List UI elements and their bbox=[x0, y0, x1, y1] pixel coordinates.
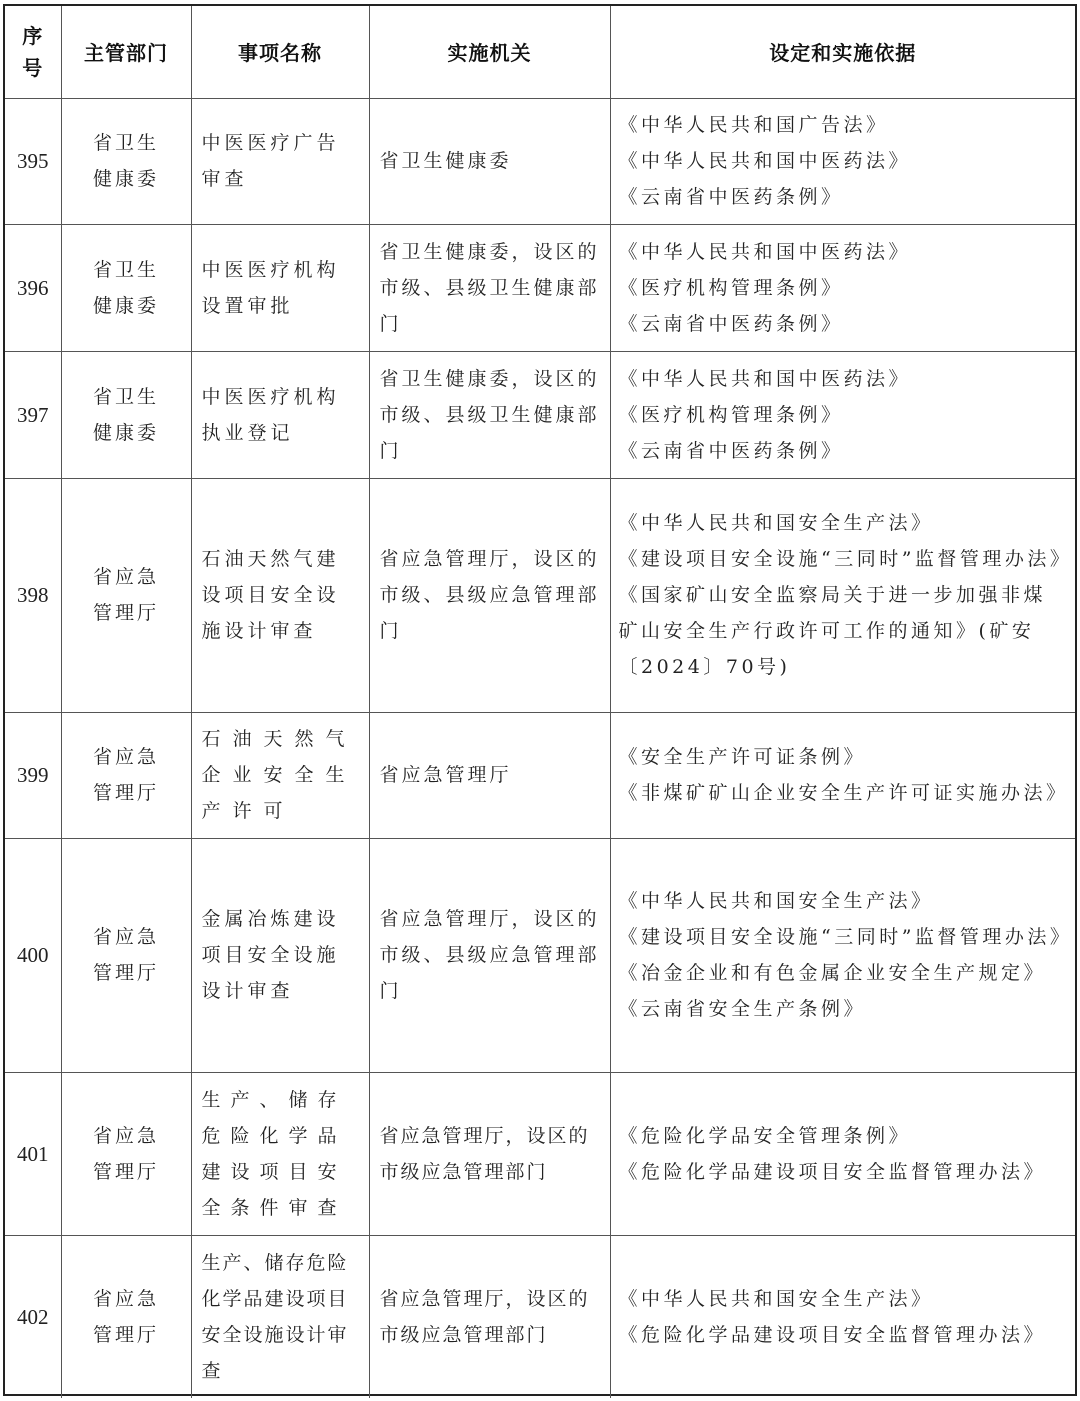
header-row: 序号 主管部门 事项名称 实施机关 设定和实施依据 bbox=[5, 6, 1075, 98]
basis-item: 《云南省安全生产条例》 bbox=[619, 991, 1068, 1027]
cell-seq: 395 bbox=[5, 98, 61, 224]
header-agency: 实施机关 bbox=[369, 6, 610, 98]
basis-item: 《中华人民共和国中医药法》 bbox=[619, 361, 1068, 397]
administrative-items-table: 序号 主管部门 事项名称 实施机关 设定和实施依据 395 省卫生健康委 中医医… bbox=[5, 6, 1075, 1398]
cell-seq: 400 bbox=[5, 838, 61, 1072]
basis-item: 《云南省中医药条例》 bbox=[619, 433, 1068, 469]
cell-agency: 省应急管理厅，设区的市级应急管理部门 bbox=[369, 1235, 610, 1398]
cell-name: 生产、储存危险化学品建设项目安全条件审查 bbox=[191, 1072, 369, 1235]
basis-item: 《医疗机构管理条例》 bbox=[619, 397, 1068, 433]
cell-seq: 396 bbox=[5, 224, 61, 351]
table-row: 401 省应急管理厅 生产、储存危险化学品建设项目安全条件审查 省应急管理厅，设… bbox=[5, 1072, 1075, 1235]
cell-name: 石油天然气企业安全生产许可 bbox=[191, 712, 369, 838]
table-row: 400 省应急管理厅 金属冶炼建设项目安全设施设计审查 省应急管理厅，设区的市级… bbox=[5, 838, 1075, 1072]
table-row: 399 省应急管理厅 石油天然气企业安全生产许可 省应急管理厅 《安全生产许可证… bbox=[5, 712, 1075, 838]
basis-item: 《冶金企业和有色金属企业安全生产规定》 bbox=[619, 955, 1068, 991]
basis-item: 《中华人民共和国安全生产法》 bbox=[619, 1281, 1068, 1317]
basis-item: 《中华人民共和国广告法》 bbox=[619, 107, 1068, 143]
table-row: 397 省卫生健康委 中医医疗机构执业登记 省卫生健康委，设区的市级、县级卫生健… bbox=[5, 351, 1075, 478]
cell-basis: 《安全生产许可证条例》 《非煤矿矿山企业安全生产许可证实施办法》 bbox=[610, 712, 1075, 838]
table-row: 396 省卫生健康委 中医医疗机构设置审批 省卫生健康委，设区的市级、县级卫生健… bbox=[5, 224, 1075, 351]
basis-item: 《安全生产许可证条例》 bbox=[619, 739, 1068, 775]
basis-item: 《中华人民共和国安全生产法》 bbox=[619, 883, 1068, 919]
basis-item: 《建设项目安全设施“三同时”监督管理办法》 bbox=[619, 919, 1068, 955]
cell-dept: 省卫生健康委 bbox=[61, 351, 191, 478]
basis-item: 《医疗机构管理条例》 bbox=[619, 270, 1068, 306]
cell-agency: 省应急管理厅，设区的市级、县级应急管理部门 bbox=[369, 478, 610, 712]
cell-basis: 《中华人民共和国广告法》 《中华人民共和国中医药法》 《云南省中医药条例》 bbox=[610, 98, 1075, 224]
table-row: 398 省应急管理厅 石油天然气建设项目安全设施设计审查 省应急管理厅，设区的市… bbox=[5, 478, 1075, 712]
cell-name: 石油天然气建设项目安全设施设计审查 bbox=[191, 478, 369, 712]
cell-dept: 省卫生健康委 bbox=[61, 98, 191, 224]
cell-dept: 省应急管理厅 bbox=[61, 1235, 191, 1398]
cell-dept: 省应急管理厅 bbox=[61, 478, 191, 712]
cell-basis: 《中华人民共和国中医药法》 《医疗机构管理条例》 《云南省中医药条例》 bbox=[610, 351, 1075, 478]
basis-item: 《云南省中医药条例》 bbox=[619, 179, 1068, 215]
basis-item: 《危险化学品建设项目安全监督管理办法》 bbox=[619, 1317, 1068, 1353]
cell-seq: 399 bbox=[5, 712, 61, 838]
cell-basis: 《中华人民共和国中医药法》 《医疗机构管理条例》 《云南省中医药条例》 bbox=[610, 224, 1075, 351]
cell-basis: 《中华人民共和国安全生产法》 《建设项目安全设施“三同时”监督管理办法》 《冶金… bbox=[610, 838, 1075, 1072]
header-name: 事项名称 bbox=[191, 6, 369, 98]
basis-item: 《建设项目安全设施“三同时”监督管理办法》 bbox=[619, 541, 1068, 577]
cell-seq: 401 bbox=[5, 1072, 61, 1235]
cell-basis: 《危险化学品安全管理条例》 《危险化学品建设项目安全监督管理办法》 bbox=[610, 1072, 1075, 1235]
cell-agency: 省应急管理厅 bbox=[369, 712, 610, 838]
header-seq: 序号 bbox=[5, 6, 61, 98]
basis-item: 《非煤矿矿山企业安全生产许可证实施办法》 bbox=[619, 775, 1068, 811]
basis-item: 《中华人民共和国中医药法》 bbox=[619, 234, 1068, 270]
cell-name: 中医医疗广告审查 bbox=[191, 98, 369, 224]
table-row: 402 省应急管理厅 生产、储存危险化学品建设项目安全设施设计审查 省应急管理厅… bbox=[5, 1235, 1075, 1398]
header-basis: 设定和实施依据 bbox=[610, 6, 1075, 98]
header-dept: 主管部门 bbox=[61, 6, 191, 98]
table-row: 395 省卫生健康委 中医医疗广告审查 省卫生健康委 《中华人民共和国广告法》 … bbox=[5, 98, 1075, 224]
cell-dept: 省应急管理厅 bbox=[61, 712, 191, 838]
cell-seq: 402 bbox=[5, 1235, 61, 1398]
cell-agency: 省卫生健康委 bbox=[369, 98, 610, 224]
cell-agency: 省卫生健康委，设区的市级、县级卫生健康部门 bbox=[369, 224, 610, 351]
cell-name: 金属冶炼建设项目安全设施设计审查 bbox=[191, 838, 369, 1072]
cell-seq: 397 bbox=[5, 351, 61, 478]
cell-name: 生产、储存危险化学品建设项目安全设施设计审查 bbox=[191, 1235, 369, 1398]
administrative-items-table-container: 序号 主管部门 事项名称 实施机关 设定和实施依据 395 省卫生健康委 中医医… bbox=[3, 4, 1077, 1396]
basis-item: 《中华人民共和国中医药法》 bbox=[619, 143, 1068, 179]
cell-dept: 省应急管理厅 bbox=[61, 1072, 191, 1235]
cell-agency: 省卫生健康委，设区的市级、县级卫生健康部门 bbox=[369, 351, 610, 478]
basis-item: 《云南省中医药条例》 bbox=[619, 306, 1068, 342]
basis-item: 《危险化学品安全管理条例》 bbox=[619, 1118, 1068, 1154]
basis-item: 《危险化学品建设项目安全监督管理办法》 bbox=[619, 1154, 1068, 1190]
cell-dept: 省应急管理厅 bbox=[61, 838, 191, 1072]
cell-name: 中医医疗机构设置审批 bbox=[191, 224, 369, 351]
basis-item: 《中华人民共和国安全生产法》 bbox=[619, 505, 1068, 541]
cell-basis: 《中华人民共和国安全生产法》 《建设项目安全设施“三同时”监督管理办法》 《国家… bbox=[610, 478, 1075, 712]
cell-seq: 398 bbox=[5, 478, 61, 712]
cell-basis: 《中华人民共和国安全生产法》 《危险化学品建设项目安全监督管理办法》 bbox=[610, 1235, 1075, 1398]
cell-name: 中医医疗机构执业登记 bbox=[191, 351, 369, 478]
cell-agency: 省应急管理厅，设区的市级应急管理部门 bbox=[369, 1072, 610, 1235]
basis-item: 《国家矿山安全监察局关于进一步加强非煤矿山安全生产行政许可工作的通知》(矿安〔2… bbox=[619, 577, 1068, 685]
cell-agency: 省应急管理厅，设区的市级、县级应急管理部门 bbox=[369, 838, 610, 1072]
cell-dept: 省卫生健康委 bbox=[61, 224, 191, 351]
